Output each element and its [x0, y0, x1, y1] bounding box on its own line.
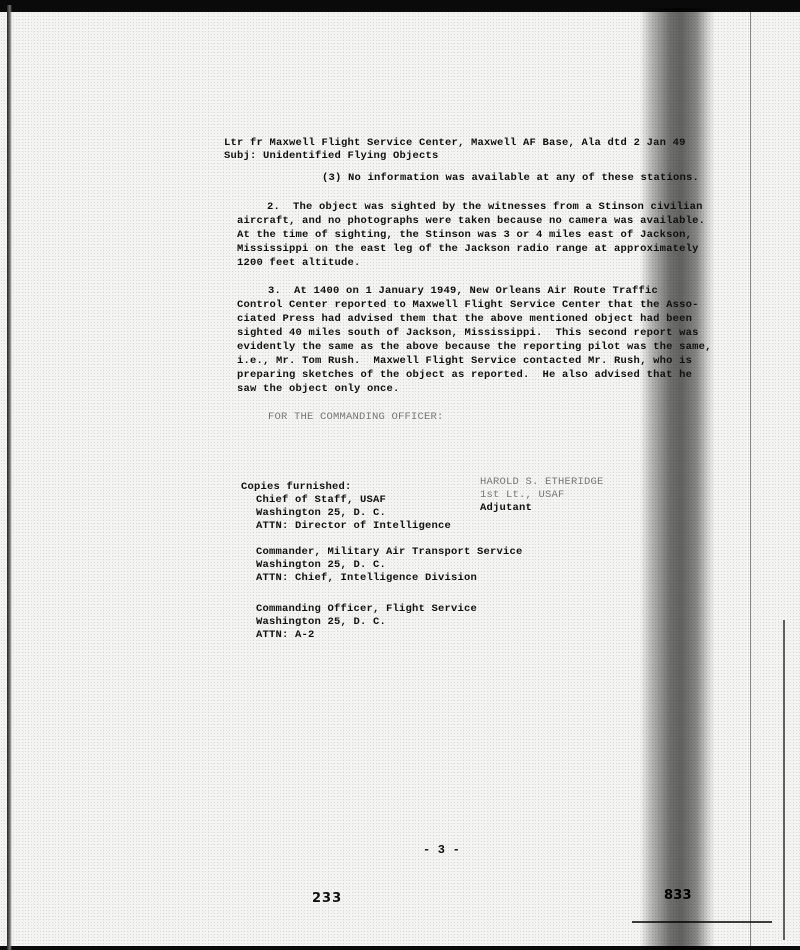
para2-line: aircraft, and no photographs were taken …	[237, 215, 705, 228]
closing-line: FOR THE COMMANDING OFFICER:	[268, 411, 444, 424]
para2-line: 2. The object was sighted by the witness…	[267, 201, 703, 214]
item-3: (3) No information was available at any …	[322, 172, 699, 185]
signature-rank: 1st Lt., USAF	[480, 489, 565, 502]
page-number: - 3 -	[423, 843, 460, 857]
copies-line: Commander, Military Air Transport Servic…	[256, 546, 523, 559]
para3-line: Control Center reported to Maxwell Fligh…	[237, 299, 699, 312]
para3-line: 3. At 1400 on 1 January 1949, New Orlean…	[268, 285, 658, 298]
copies-line: Washington 25, D. C.	[256, 616, 386, 629]
para3-line: preparing sketches of the object as repo…	[237, 369, 692, 382]
para3-line: evidently the same as the above because …	[237, 341, 712, 354]
para3-line: ciated Press had advised them that the a…	[237, 313, 692, 326]
copies-heading: Copies furnished:	[241, 481, 352, 494]
copies-line: ATTN: A-2	[256, 629, 315, 642]
signature-title: Adjutant	[480, 502, 532, 515]
header-subject: Subj: Unidentified Flying Objects	[224, 150, 439, 163]
para3-line: saw the object only once.	[237, 383, 400, 396]
stamp-number: 833	[664, 888, 692, 903]
copies-line: ATTN: Director of Intelligence	[256, 520, 451, 533]
para3-line: sighted 40 miles south of Jackson, Missi…	[237, 327, 699, 340]
para2-line: 1200 feet altitude.	[237, 257, 361, 270]
header-reference: Ltr fr Maxwell Flight Service Center, Ma…	[224, 137, 686, 150]
handwritten-number: 233	[312, 891, 342, 906]
signature-name: HAROLD S. ETHERIDGE	[480, 476, 604, 489]
para2-line: Mississippi on the east leg of the Jacks…	[237, 243, 699, 256]
copies-line: Washington 25, D. C.	[256, 559, 386, 572]
copies-line: Chief of Staff, USAF	[256, 494, 386, 507]
copies-line: Commanding Officer, Flight Service	[256, 603, 477, 616]
copies-line: ATTN: Chief, Intelligence Division	[256, 572, 477, 585]
document-page: Ltr fr Maxwell Flight Service Center, Ma…	[0, 0, 800, 950]
copies-line: Washington 25, D. C.	[256, 507, 386, 520]
para2-line: At the time of sighting, the Stinson was…	[237, 229, 692, 242]
para3-line: i.e., Mr. Tom Rush. Maxwell Flight Servi…	[237, 355, 692, 368]
